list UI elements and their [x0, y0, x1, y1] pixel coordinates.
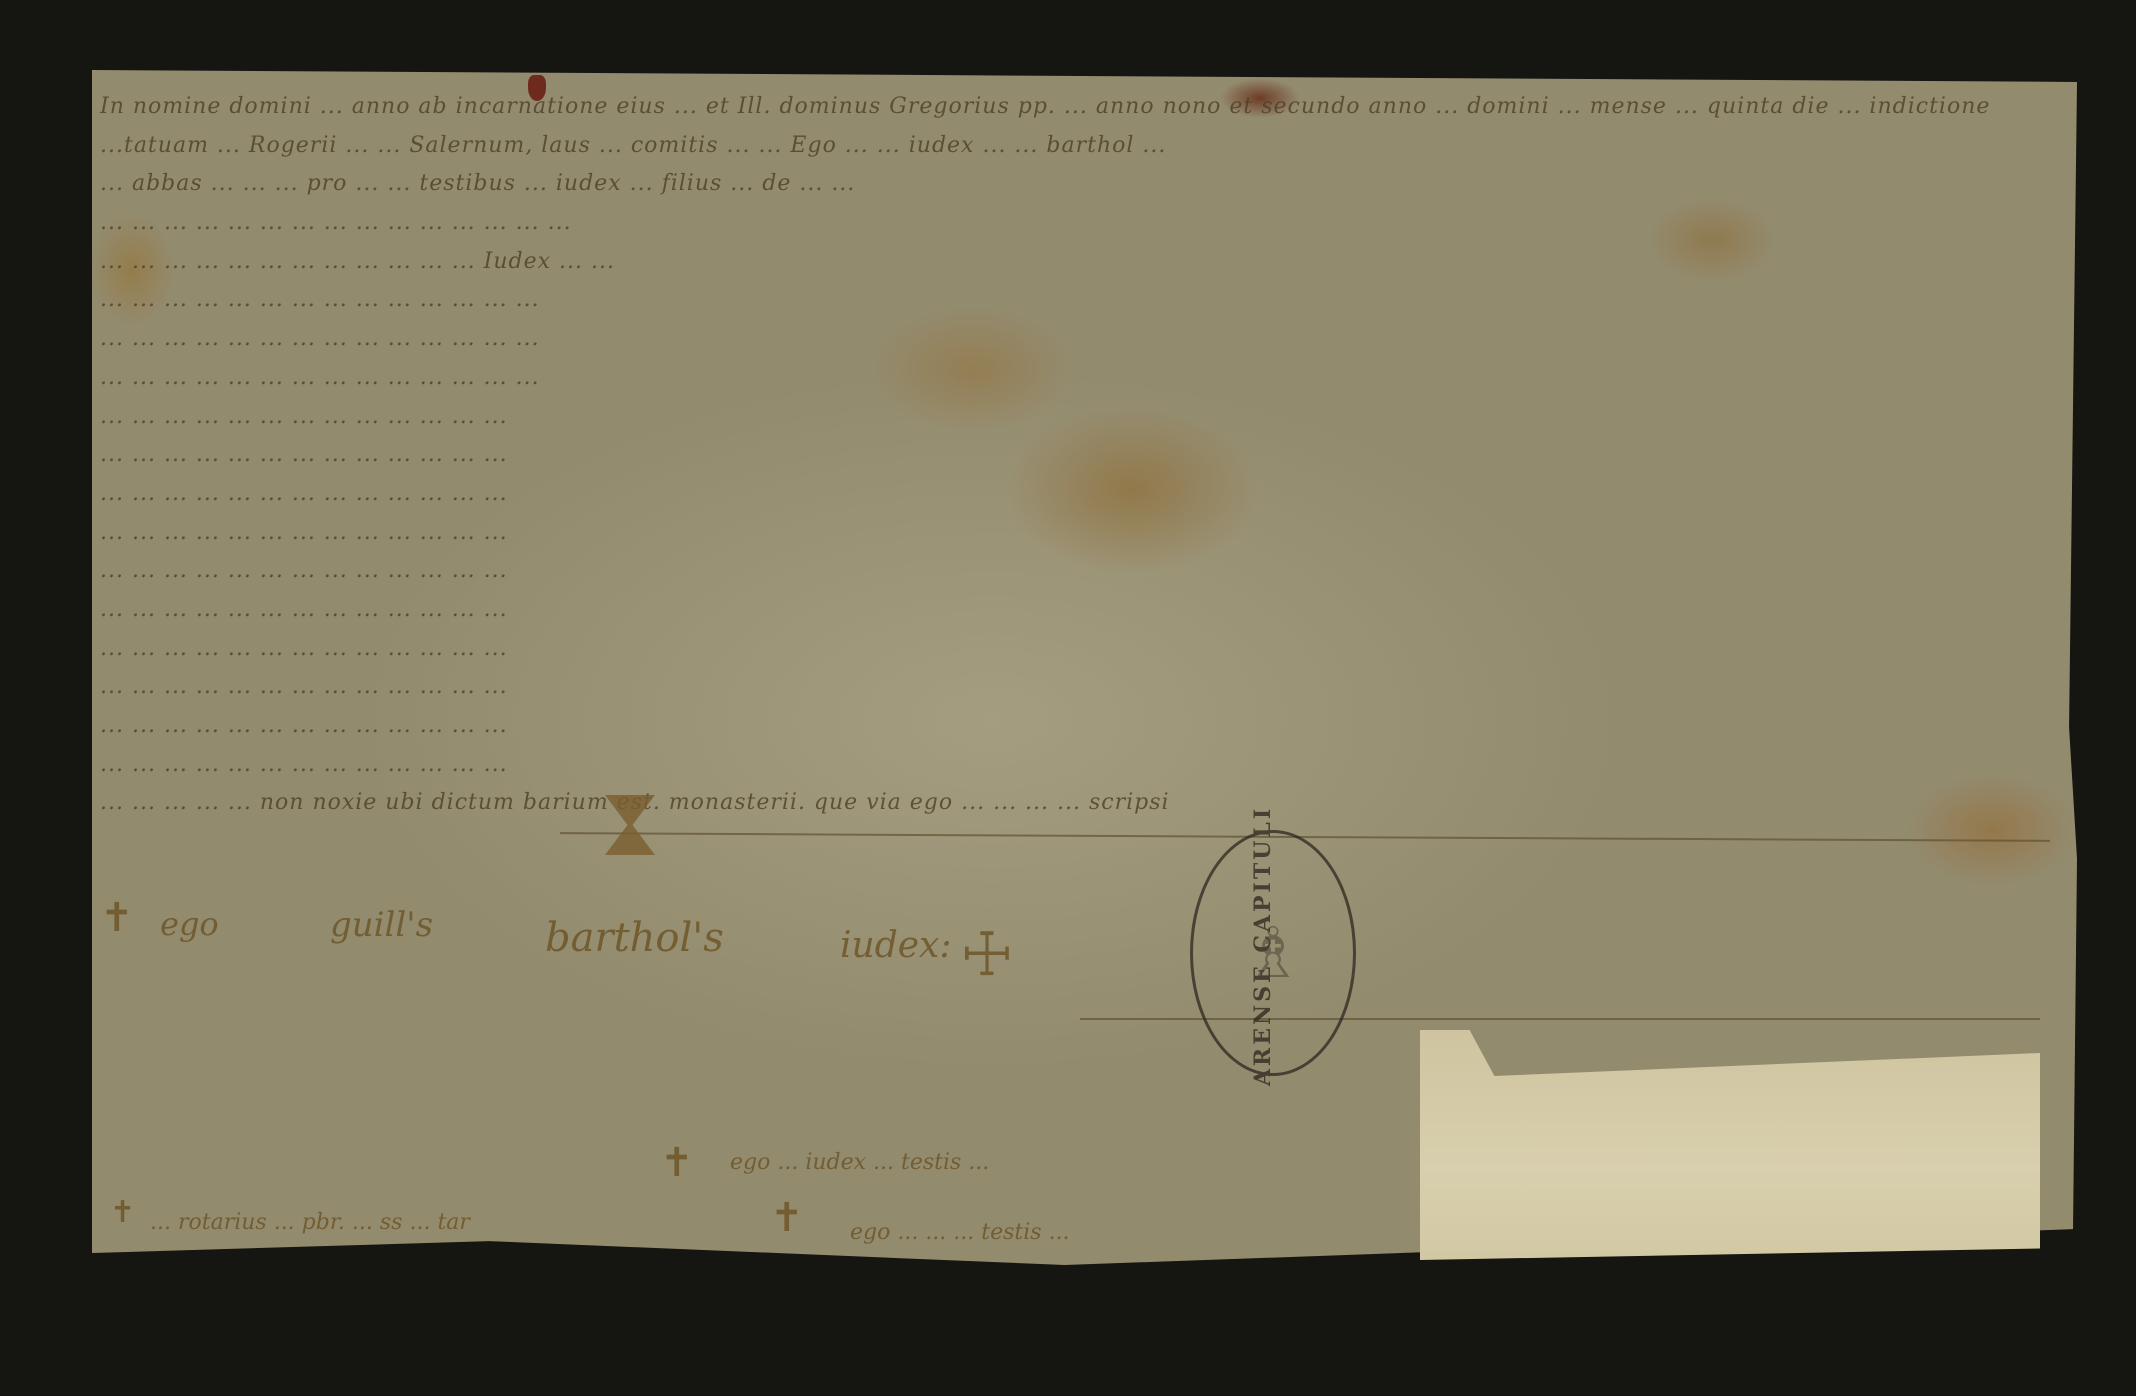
signature-barthol: barthol's — [545, 915, 724, 961]
body-line: ... ... ... ... ... ... ... ... ... ... … — [100, 591, 2040, 630]
body-line: ...tatuam ... Rogerii ... ... Salernum, … — [100, 127, 2040, 166]
body-line: ... abbas ... ... ... pro ... ... testib… — [100, 165, 2040, 204]
body-line: In nomine domini ... anno ab incarnation… — [100, 88, 2040, 127]
body-line: ... ... ... ... ... ... ... ... ... ... … — [100, 746, 2040, 785]
cross-icon: ✝ — [100, 895, 134, 941]
signature-guill: guill's — [330, 905, 433, 945]
body-line: ... ... ... ... ... ... ... ... ... ... … — [100, 552, 2040, 591]
signature-ego: ego — [160, 905, 219, 943]
body-line: ... ... ... ... ... ... ... ... ... ... … — [100, 668, 2040, 707]
charter-body-text: In nomine domini ... anno ab incarnation… — [100, 88, 2040, 823]
body-line: ... ... ... ... ... ... ... ... ... ... … — [100, 707, 2040, 746]
signum-icon: ☩ — [960, 920, 1014, 990]
body-line: ... ... ... ... ... ... ... ... ... ... … — [100, 204, 2040, 243]
body-line: ... ... ... ... ... non noxie ubi dictum… — [100, 784, 2040, 823]
body-line: ... ... ... ... ... ... ... ... ... ... … — [100, 398, 2040, 437]
body-line: ... ... ... ... ... ... ... ... ... ... … — [100, 281, 2040, 320]
body-line: ... ... ... ... ... ... ... ... ... ... … — [100, 436, 2040, 475]
body-line: ... ... ... ... ... ... ... ... ... ... … — [100, 630, 2040, 669]
cross-icon: ✝ — [660, 1140, 694, 1186]
cross-icon: ✝ — [770, 1195, 804, 1241]
body-line: ... ... ... ... ... ... ... ... ... ... … — [100, 320, 2040, 359]
body-line: ... ... ... ... ... ... ... ... ... ... … — [100, 243, 2040, 282]
signature-witness-1: ego ... iudex ... testis ... — [730, 1150, 989, 1175]
body-line: ... ... ... ... ... ... ... ... ... ... … — [100, 359, 2040, 398]
body-line: ... ... ... ... ... ... ... ... ... ... … — [100, 475, 2040, 514]
signature-presbyter: ... rotarius ... pbr. ... ss ... tar — [150, 1210, 470, 1235]
signature-witness-2: ego ... ... ... testis ... — [850, 1220, 1070, 1245]
cross-icon: ✝ — [110, 1195, 135, 1230]
signature-iudex: iudex: — [840, 925, 951, 966]
ink-stamp-seal: ♗ ARENSE CAPITULI — [1190, 830, 1356, 1076]
seal-legend: ARENSE CAPITULI — [1250, 806, 1276, 1086]
body-line: ... ... ... ... ... ... ... ... ... ... … — [100, 514, 2040, 553]
